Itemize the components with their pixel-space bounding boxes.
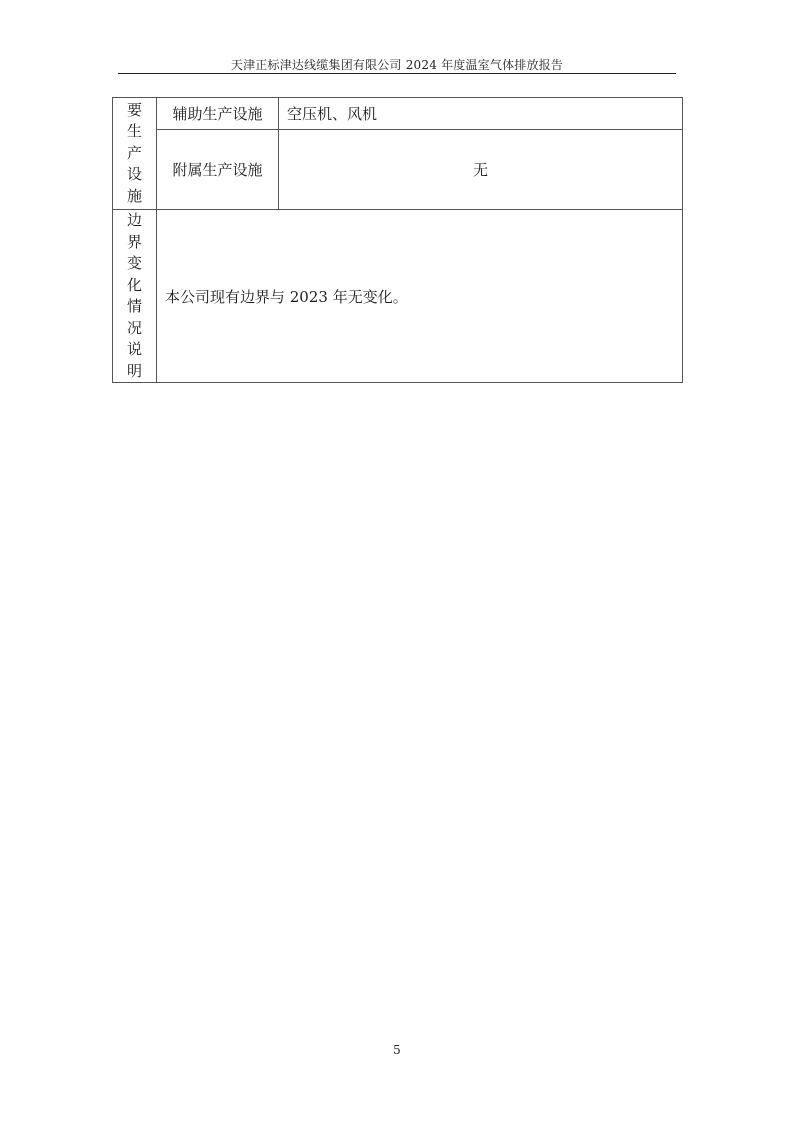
category-auxiliary: 辅助生产设施 [157, 98, 279, 130]
value-auxiliary: 空压机、风机 [279, 98, 683, 130]
boundary-change-description: 本公司现有边界与 2023 年无变化。 [157, 210, 683, 383]
section-label-boundary-change: 边 界 变 化 情 况 说 明 [113, 210, 157, 383]
table-row: 附属生产设施 无 [113, 130, 683, 210]
label-char: 边 [113, 210, 156, 232]
label-char: 要 [113, 100, 156, 122]
page-number: 5 [0, 1043, 794, 1057]
table-row: 边 界 变 化 情 况 说 明 本公司现有边界与 2023 年无变化。 [113, 210, 683, 383]
label-char: 设 [113, 164, 156, 186]
facilities-table: 要 生 产 设 施 辅助生产设施 空压机、风机 附属生产设施 无 边 界 变 化… [112, 97, 683, 383]
page-header-title: 天津正标津达线缆集团有限公司 2024 年度温室气体排放报告 [118, 56, 676, 73]
label-char: 变 [113, 253, 156, 275]
section-label-main-facilities: 要 生 产 设 施 [113, 98, 157, 210]
table-row: 要 生 产 设 施 辅助生产设施 空压机、风机 [113, 98, 683, 130]
header-rule [118, 73, 676, 74]
label-char: 况 [113, 318, 156, 340]
label-char: 说 [113, 339, 156, 361]
value-ancillary: 无 [279, 130, 683, 210]
label-char: 界 [113, 232, 156, 254]
category-ancillary: 附属生产设施 [157, 130, 279, 210]
label-char: 产 [113, 143, 156, 165]
label-char: 化 [113, 275, 156, 297]
label-char: 明 [113, 361, 156, 383]
label-char: 生 [113, 121, 156, 143]
label-char: 施 [113, 186, 156, 208]
label-char: 情 [113, 296, 156, 318]
